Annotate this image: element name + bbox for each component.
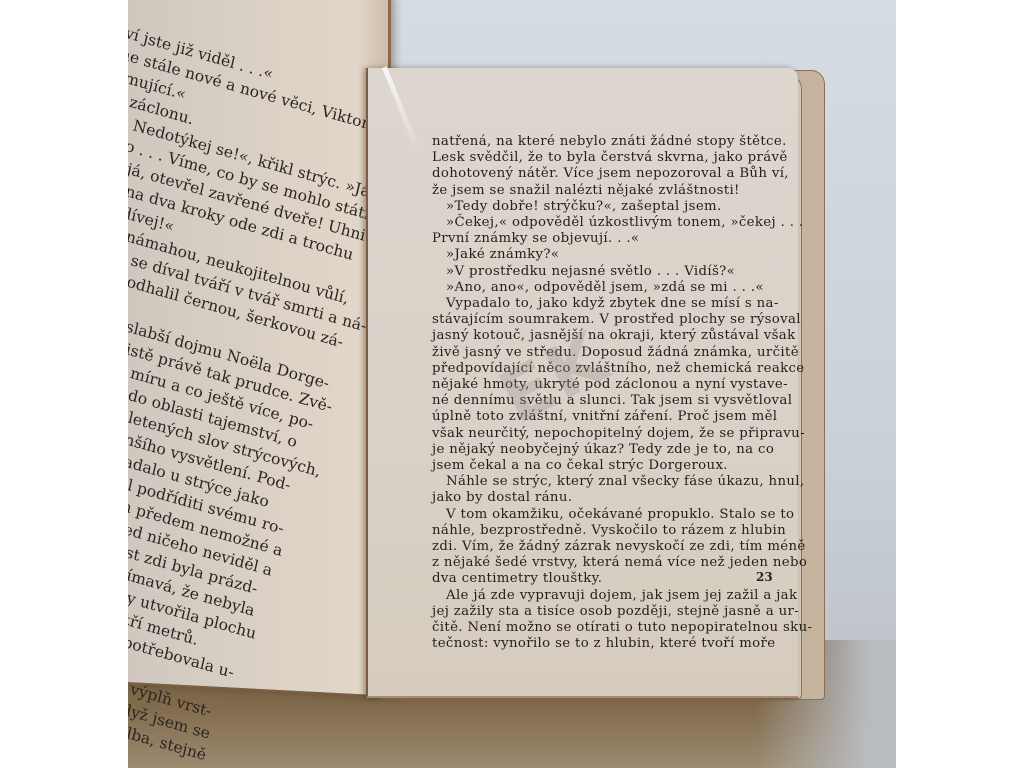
text-line: »Ano, ano«, odpověděl jsem, »zdá se mi .… (432, 280, 772, 296)
text-line: je nějaký neobyčejný úkaz? Tedy zde je t… (432, 442, 772, 458)
text-line: stávajícím soumrakem. V prostřed plochy … (432, 312, 772, 328)
text-line: jej zažily sta a tisíce osob později, st… (432, 604, 772, 620)
text-line: dohotovený nátěr. Více jsem nepozoroval … (432, 166, 772, 182)
text-line: však neurčitý, nepochopitelný dojem, že … (432, 426, 772, 442)
text-line: Vypadalo to, jako když zbytek dne se mís… (432, 296, 772, 312)
text-line: jsem čekal a na co čekal strýc Dorgeroux… (432, 458, 772, 474)
text-line: V tom okamžiku, očekávané propuklo. Stal… (432, 507, 772, 523)
right-page: natřená, na které nebylo znáti žádné sto… (366, 68, 798, 698)
text-line: jasný kotouč, jasnější na okraji, který … (432, 328, 772, 344)
text-line: »Tedy dobře! strýčku?«, zašeptal jsem. (432, 199, 772, 215)
text-line: že jsem se snažil nalézti nějaké zvláštn… (432, 183, 772, 199)
text-line: Ale já zde vypravuji dojem, jak jsem jej… (432, 588, 772, 604)
text-line: První známky se objevují. . .« (432, 231, 772, 247)
text-line: Náhle se strýc, který znal všecky fáse ú… (432, 474, 772, 490)
left-page-text: ví jste již viděl . . .«ne stále nové a … (128, 22, 381, 768)
text-line: z nějaké šedé vrstvy, která nemá více ne… (432, 555, 772, 571)
book-photo: ví jste již viděl . . .«ne stále nové a … (128, 0, 896, 768)
text-line: »V prostředku nejasné světlo . . . Vidíš… (432, 264, 772, 280)
text-line: dva centimetry tlouštky. (432, 571, 772, 587)
page-number: 23 (756, 570, 773, 584)
text-line: tečnost: vynořilo se to z hlubin, které … (432, 636, 772, 652)
text-line: »Čekej,« odpověděl úzkostlivým tonem, »č… (432, 215, 772, 231)
text-line: čitě. Není možno se otírati o tuto nepop… (432, 620, 772, 636)
text-line: úplně toto zvláštní, vnitřní záření. Pro… (432, 409, 772, 425)
text-line: Lesk svědčil, že to byla čerstvá skvrna,… (432, 150, 772, 166)
text-line: jako by dostal ránu. (432, 490, 772, 506)
text-line: zdi. Vím, že žádný zázrak nevyskočí ze z… (432, 539, 772, 555)
page-crease (382, 66, 420, 151)
text-line: natřená, na které nebylo znáti žádné sto… (432, 134, 772, 150)
text-line: náhle, bezprostředně. Vyskočilo to rázem… (432, 523, 772, 539)
text-line: »Jaké známky?« (432, 247, 772, 263)
left-page: ví jste již viděl . . .«ne stále nové a … (128, 0, 391, 698)
